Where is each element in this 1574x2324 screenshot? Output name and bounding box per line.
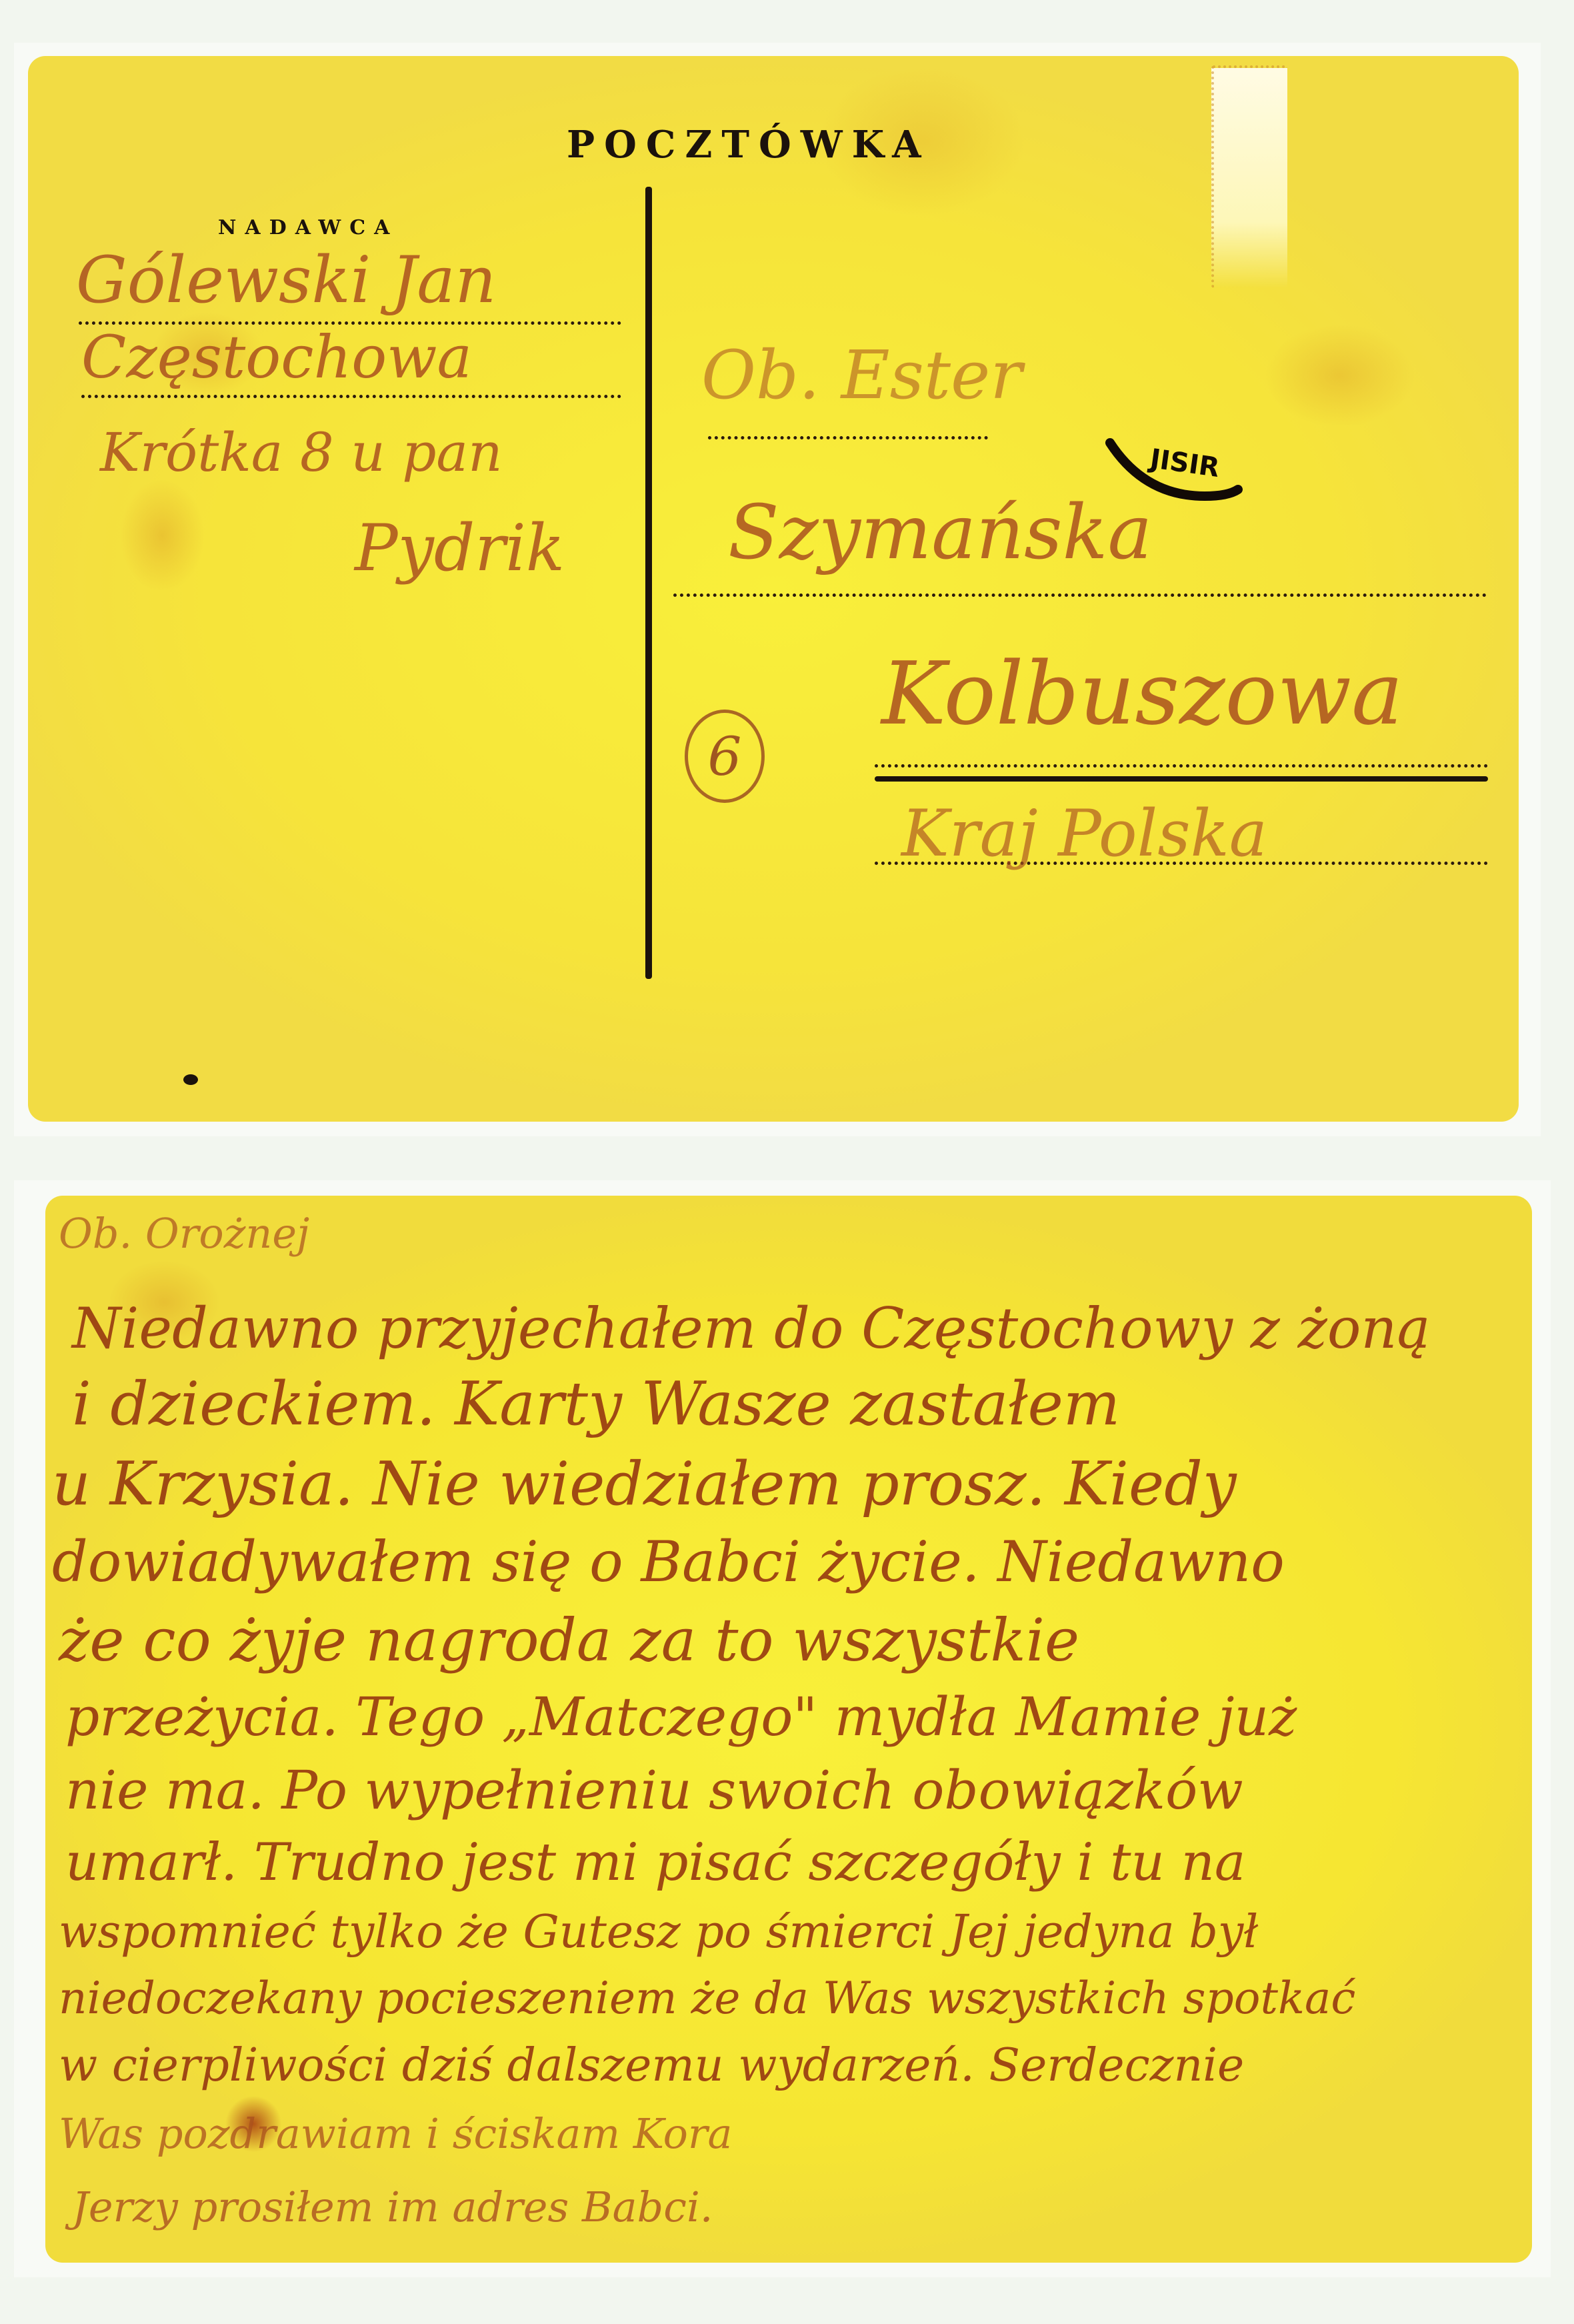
sender-care-of: Pydrik xyxy=(355,511,565,586)
sender-line-2 xyxy=(81,395,621,398)
message-line: przeżycia. Tego „Matczego" mydła Mamie j… xyxy=(65,1686,1297,1748)
address-divider-line xyxy=(645,187,652,979)
recipient-line-1 xyxy=(708,436,988,439)
message-line: umarł. Trudno jest mi pisać szczegóły i … xyxy=(65,1833,1245,1893)
postcard-front: POCZTÓWKA NADAWCA Gólewski Jan Częstocho… xyxy=(28,56,1519,1122)
message-line: u Krzysia. Nie wiedziałem prosz. Kiedy xyxy=(52,1449,1237,1519)
ink-speck xyxy=(183,1074,198,1085)
circled-number: 6 xyxy=(685,710,765,803)
message-line: nie ma. Po wypełnieniu swoich obowiązków xyxy=(65,1759,1243,1821)
sender-name: Gólewski Jan xyxy=(76,243,496,317)
recipient-line-3 xyxy=(875,764,1488,768)
sender-label: NADAWCA xyxy=(218,216,398,239)
recipient-title: Ob. Ester xyxy=(701,336,1022,414)
message-line: Niedawno przyjechałem do Częstochowy z ż… xyxy=(72,1296,1431,1361)
sender-street: Krótka 8 u pan xyxy=(100,421,503,483)
message-line: w cierpliwości dziś dalszemu wydarzeń. S… xyxy=(59,2039,1244,2092)
message-line: że co żyje nagroda za to wszystkie xyxy=(59,1606,1079,1674)
message-line: niedoczekany pocieszeniem że da Was wszy… xyxy=(59,1973,1355,2024)
sender-city: Częstochowa xyxy=(81,323,472,391)
message-line: wspomnieć tylko że Gutesz po śmierci Jej… xyxy=(59,1906,1258,1959)
recipient-name: Szymańska xyxy=(728,489,1152,576)
message-line: Jerzy prosiłem im adres Babci. xyxy=(72,2183,713,2231)
missing-stamp-mark xyxy=(1211,65,1287,288)
postcard-back: Ob. Orożnej Niedawno przyjechałem do Czę… xyxy=(45,1196,1532,2263)
recipient-town: Kolbuszowa xyxy=(881,643,1403,744)
postmark-stamp: JISIR xyxy=(1105,436,1251,503)
message-line: dowiadywałem się o Babci życie. Niedawno xyxy=(52,1529,1285,1594)
recipient-underline xyxy=(875,776,1488,782)
recipient-line-2 xyxy=(673,594,1487,597)
recipient-country: Kraj Polska xyxy=(901,796,1267,871)
postcard-title: POCZTÓWKA xyxy=(567,123,931,167)
message-line: i dzieckiem. Karty Wasze zastałem xyxy=(72,1369,1120,1439)
message-line: Was pozdrawiam i ściskam Kora xyxy=(59,2109,733,2158)
message-line: Ob. Orożnej xyxy=(59,1209,309,1258)
